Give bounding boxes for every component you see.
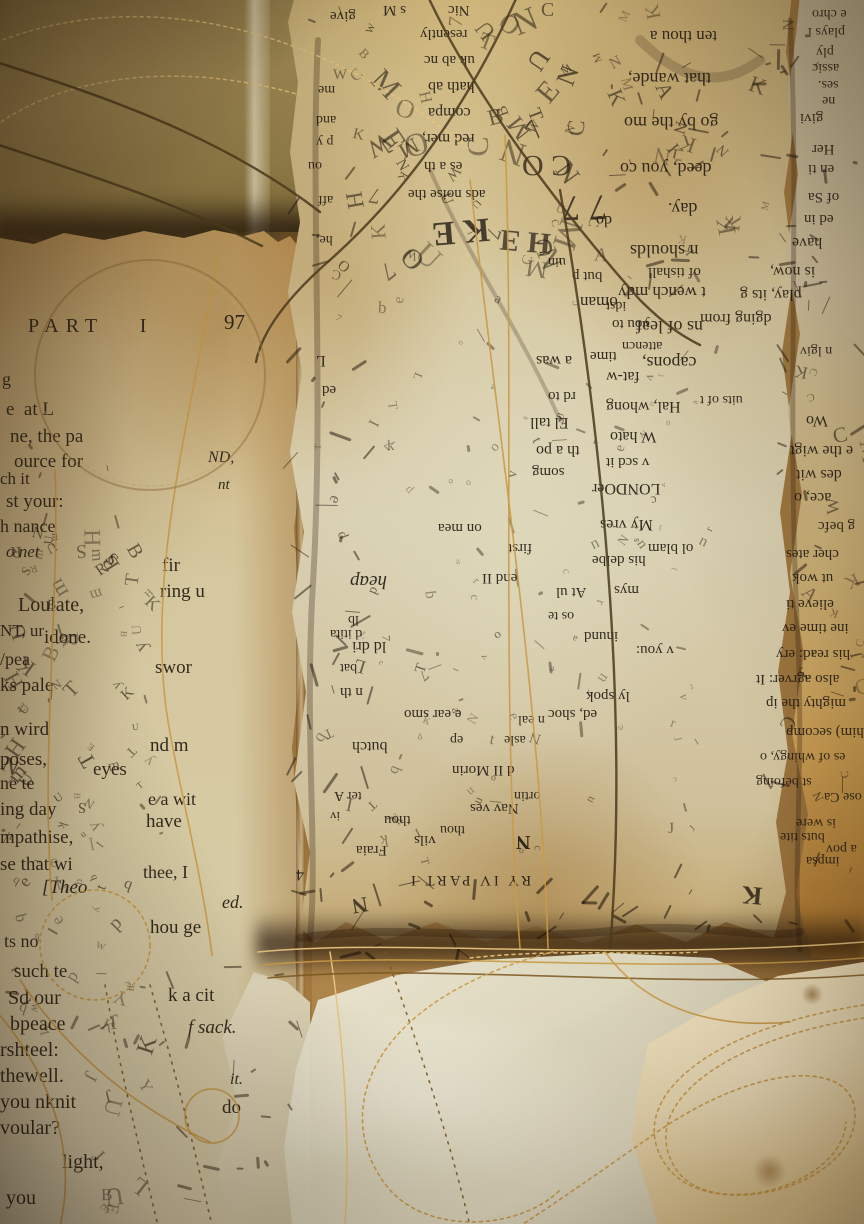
char-mark: [597, 891, 610, 910]
char-mark: [408, 923, 421, 930]
char-mark: [747, 48, 762, 59]
scattered-letter: B: [72, 792, 82, 799]
scattered-letter: T: [314, 444, 324, 451]
scattered-letter: o: [518, 846, 525, 857]
scattered-letter: d: [404, 483, 417, 496]
text-fragment: butch: [352, 738, 388, 754]
text-fragment: p y: [316, 134, 334, 148]
text-fragment: ten thou a: [650, 28, 717, 45]
text-fragment: iv: [330, 810, 340, 823]
text-fragment: rd to: [548, 388, 576, 403]
scattered-letter: e: [391, 297, 407, 304]
scattered-letter: e: [50, 853, 59, 871]
scattered-letter: M: [592, 51, 605, 63]
char-mark: [264, 1160, 270, 1168]
scattered-letter: v: [505, 470, 520, 479]
scattered-letter: 7: [367, 183, 382, 207]
char-mark: [340, 951, 362, 959]
text-fragment: and: [316, 112, 336, 126]
text-fragment: 4: [296, 866, 304, 882]
char-mark: [367, 686, 374, 704]
scattered-letter: M: [525, 254, 550, 281]
text-fragment: time: [590, 348, 617, 363]
scattered-letter: b: [89, 872, 101, 881]
text-fragment: ing day: [0, 800, 56, 819]
text-fragment: ol blam: [648, 540, 693, 555]
scattered-letter: W: [857, 439, 864, 463]
scattered-letter: W: [824, 496, 843, 514]
char-mark: [696, 89, 701, 102]
text-fragment: Wo: [806, 412, 828, 428]
scattered-letter: B: [123, 540, 147, 562]
scattered-letter: u: [696, 534, 710, 551]
char-mark: [628, 276, 632, 280]
scattered-letter: L: [410, 370, 423, 381]
char-mark: [682, 62, 691, 68]
text-fragment: v scd it: [606, 454, 649, 469]
scattered-letter: n: [594, 670, 612, 686]
scattered-letter: U: [103, 1182, 125, 1210]
scattered-letter: a: [571, 633, 579, 644]
text-fragment: ses.: [818, 77, 839, 91]
scattered-letter: m: [88, 585, 104, 604]
char-mark: [602, 149, 608, 156]
char-mark: [283, 451, 299, 468]
char-mark: [291, 771, 303, 783]
char-mark: [223, 966, 241, 968]
text-fragment: ed: [322, 382, 336, 397]
char-mark: [140, 986, 147, 989]
char-mark: [373, 943, 382, 948]
char-mark: [777, 442, 787, 447]
scattered-letter: v: [477, 653, 488, 661]
scattered-letter: b: [377, 300, 386, 317]
scattered-letter: T: [136, 782, 146, 793]
char-mark: [649, 181, 660, 196]
scattered-letter: o: [487, 439, 503, 453]
text-fragment: asle: [504, 732, 526, 746]
text-fragment: rshteel:: [0, 1040, 59, 1060]
char-mark: [331, 685, 335, 694]
text-fragment: ply: [816, 44, 834, 58]
scattered-letter: n: [665, 418, 670, 427]
text-fragment: is now,: [770, 263, 815, 279]
char-mark: [611, 903, 625, 915]
char-mark: [466, 445, 470, 453]
char-mark: [476, 329, 485, 343]
text-fragment: have: [792, 234, 822, 250]
scattered-letter: C: [463, 135, 494, 156]
char-mark: [453, 668, 459, 672]
scattered-letter: C: [541, 1, 554, 21]
text-fragment: ND,: [208, 450, 234, 466]
char-mark: [575, 429, 585, 434]
scattered-letter: N: [552, 61, 584, 89]
char-mark: [120, 606, 125, 609]
scattered-letter: T: [60, 677, 84, 701]
scattered-letter: N: [781, 19, 798, 31]
text-fragment: attencn: [622, 338, 662, 352]
scattered-letter: B: [117, 631, 127, 638]
char-mark: [184, 1036, 191, 1049]
char-mark: [38, 472, 42, 479]
scattered-letter: H: [343, 190, 370, 211]
char-mark: [472, 879, 477, 900]
char-mark: [449, 933, 456, 945]
char-mark: [342, 828, 354, 845]
char-mark: [486, 341, 495, 350]
scattered-letter: c: [560, 567, 573, 576]
char-mark: [689, 889, 693, 895]
scattered-letter: T: [383, 814, 398, 824]
text-fragment-layer: PART I97ge at Lne, the paource forch its…: [0, 0, 864, 1224]
char-mark: [676, 159, 682, 161]
text-fragment: uk ab nc: [424, 52, 475, 67]
text-fragment: K: [741, 881, 763, 909]
char-mark: [428, 664, 442, 670]
text-fragment: thee, I: [143, 863, 188, 881]
text-fragment: his delbe: [592, 552, 646, 567]
text-fragment: givi: [800, 110, 823, 125]
text-fragment: somg: [532, 464, 565, 479]
text-fragment: g befc: [818, 518, 855, 533]
scattered-letter: H: [415, 89, 434, 105]
scattered-letter: c: [532, 846, 544, 851]
scattered-letter: n: [588, 535, 602, 553]
scattered-letter: K: [395, 169, 410, 183]
char-mark: [776, 345, 789, 363]
text-fragment: nd m: [150, 736, 189, 755]
text-fragment: L: [316, 352, 326, 368]
scattered-letter: w: [29, 1002, 43, 1013]
text-fragment: voular?: [0, 1118, 60, 1138]
scattered-letter: y: [91, 906, 103, 913]
scattered-letter: t: [688, 681, 693, 691]
char-mark: [853, 344, 864, 358]
char-mark: [536, 877, 554, 895]
text-fragment: ch it: [0, 470, 30, 487]
text-fragment: es of whingy, o: [760, 749, 845, 763]
scattered-letter: J: [109, 1010, 120, 1032]
char-mark: [203, 1165, 221, 1171]
char-mark: [849, 867, 852, 874]
char-mark: [250, 1068, 256, 1073]
scattered-letter: B: [47, 599, 57, 613]
char-mark: [673, 863, 682, 879]
scattered-letter: v: [660, 480, 667, 489]
text-fragment: ine time ev: [782, 620, 849, 635]
text-fragment: thewell.: [0, 1066, 64, 1086]
text-fragment: W hato: [610, 428, 656, 444]
scattered-letter: t: [488, 732, 496, 748]
scattered-letter: o: [447, 478, 457, 486]
text-fragment: v you:: [636, 642, 674, 657]
text-fragment: e a wit: [148, 790, 196, 808]
scattered-letter: w: [35, 1022, 55, 1037]
text-fragment: se that wi: [0, 855, 73, 874]
char-mark: [611, 84, 613, 89]
text-fragment: en ti: [808, 161, 834, 176]
char-mark: [676, 646, 686, 651]
char-mark: [770, 44, 786, 45]
char-mark: [507, 517, 514, 534]
text-fragment: you: [6, 1188, 36, 1208]
text-fragment: h nance: [0, 517, 55, 535]
char-mark: [559, 913, 564, 921]
scattered-letter: R: [11, 543, 22, 559]
char-mark: [850, 424, 864, 436]
scattered-letter: M: [617, 9, 633, 24]
text-fragment: My vres: [600, 516, 653, 532]
text-fragment: have: [146, 812, 182, 831]
scattered-letter: r: [594, 598, 608, 607]
char-mark: [70, 1015, 79, 1030]
scattered-letter: M: [618, 77, 635, 93]
scattered-letter: b: [74, 879, 85, 885]
char-mark: [840, 666, 855, 671]
char-mark: [578, 500, 585, 504]
char-mark: [752, 82, 766, 85]
text-fragment: th a po: [536, 442, 580, 458]
char-mark: [593, 440, 596, 444]
char-mark: [622, 906, 639, 918]
scattered-letter: J: [688, 824, 698, 833]
char-mark: [158, 832, 163, 835]
scattered-letter: N: [607, 53, 625, 72]
char-mark: [405, 648, 423, 655]
scattered-letter: b: [386, 763, 404, 776]
text-fragment: capons,: [642, 354, 696, 372]
text-fragment: ou: [308, 158, 322, 172]
char-mark: [106, 465, 109, 471]
text-fragment: uits of t: [700, 392, 743, 406]
scattered-letter: v: [678, 694, 690, 700]
char-mark: [579, 721, 583, 738]
scattered-letter: 7: [333, 313, 343, 324]
scattered-letter: T: [365, 798, 379, 813]
char-mark: [853, 686, 856, 692]
scattered-letter: A: [594, 245, 610, 266]
text-fragment: buts tite: [780, 829, 825, 843]
char-mark: [844, 919, 856, 934]
text-fragment: os te: [548, 608, 574, 622]
text-fragment: end II: [482, 570, 517, 585]
text-fragment: ed in: [804, 211, 834, 226]
text-fragment: ring u: [160, 582, 205, 601]
char-mark: [748, 256, 759, 258]
scattered-letter: d: [106, 914, 127, 935]
scattered-letter: K: [746, 73, 770, 100]
char-mark: [614, 183, 627, 193]
char-mark: [261, 1116, 271, 1118]
text-fragment: des wit: [796, 466, 842, 482]
char-mark: [776, 469, 783, 475]
char-mark: [329, 872, 335, 878]
char-mark: [294, 585, 312, 600]
text-fragment: PART I: [28, 316, 153, 336]
text-fragment: At ul: [556, 584, 586, 599]
scattered-letter: s: [521, 415, 530, 422]
text-fragment: oman: [580, 294, 618, 311]
scattered-letter: L: [127, 1171, 153, 1199]
char-mark: [761, 154, 782, 159]
scattered-letter: S: [78, 798, 87, 814]
scattered-letter: S: [76, 541, 88, 561]
scattered-letter: J: [658, 523, 662, 531]
char-mark: [713, 345, 718, 354]
text-fragment: cher ates: [786, 546, 839, 561]
char-mark: [176, 1125, 188, 1138]
text-fragment: plays i: [808, 24, 845, 38]
char-mark: [321, 401, 325, 408]
scattered-letter: o: [491, 628, 504, 642]
scattered-letter: J: [671, 735, 683, 743]
scattered-letter: U: [45, 540, 60, 556]
char-mark: [353, 550, 360, 560]
scattered-letter: a: [490, 382, 496, 392]
text-fragment: d II Morin: [452, 762, 515, 777]
scattered-letter: b: [122, 876, 135, 894]
char-mark: [341, 861, 355, 873]
scattered-letter: k: [379, 831, 390, 849]
text-fragment: ne, the pa: [10, 427, 83, 446]
scattered-letter: c: [468, 594, 481, 600]
scattered-letter: a: [492, 291, 504, 306]
char-mark: [310, 376, 316, 383]
text-fragment: hou ge: [150, 918, 201, 937]
scattered-letter: e: [613, 722, 625, 735]
text-fragment: hath ab: [428, 78, 475, 94]
text-fragment: but p: [572, 268, 602, 283]
scattered-letter: e: [378, 657, 386, 667]
char-mark: [765, 62, 771, 66]
char-mark: [286, 757, 297, 776]
text-fragment: of Sa: [808, 189, 839, 204]
scattered-letter: o: [490, 772, 496, 782]
scattered-letter: C: [347, 65, 366, 84]
char-mark: [695, 739, 700, 746]
text-fragment: resently: [420, 26, 467, 41]
scattered-letter: K: [367, 224, 389, 241]
scattered-letter: c: [671, 774, 678, 783]
scattered-letter: C: [831, 423, 850, 447]
scattered-letter: W: [365, 22, 378, 35]
text-fragment: ed.: [222, 893, 244, 911]
char-mark: [682, 803, 686, 812]
scattered-letter: T: [123, 743, 139, 759]
scattered-letter: C: [805, 390, 816, 403]
char-mark: [663, 905, 671, 920]
text-fragment: dging from: [700, 310, 772, 326]
scattered-letter: r: [669, 716, 677, 730]
text-fragment: do: [222, 1098, 241, 1117]
char-mark: [458, 698, 464, 701]
text-fragment: me: [318, 82, 335, 96]
char-mark: [786, 225, 796, 227]
char-mark: [352, 359, 368, 370]
scattered-letter: q: [420, 590, 437, 600]
scattered-letter: J: [79, 1068, 101, 1085]
scattered-letter: N: [464, 711, 480, 726]
char-mark: [344, 166, 355, 180]
char-mark: [790, 56, 799, 68]
text-fragment: nt: [218, 478, 230, 493]
char-mark: [285, 346, 301, 363]
text-fragment: ep: [450, 732, 463, 746]
scattered-letter: B: [356, 46, 372, 61]
scattered-letter: N: [714, 142, 732, 160]
char-mark: [48, 929, 58, 936]
scattered-letter: J: [670, 567, 679, 572]
scattered-letter: N: [558, 416, 566, 426]
char-mark: [399, 754, 403, 760]
text-fragment: mys: [614, 582, 639, 597]
text-fragment: n eal: [518, 712, 545, 726]
collage-artwork-photo: PART I97ge at Lne, the paource forch its…: [0, 0, 864, 1224]
char-mark: [233, 1094, 248, 1098]
scattered-letter: U: [130, 625, 144, 636]
char-mark: [2, 828, 6, 831]
scattered-letter: K: [642, 3, 665, 21]
text-fragment: s M: [383, 2, 406, 17]
scattered-letter: c: [569, 301, 581, 306]
scattered-letter: Y: [111, 985, 131, 1008]
scattered-letter: t: [94, 883, 110, 892]
text-fragment: day.: [668, 200, 697, 218]
char-mark: [310, 663, 319, 687]
scattered-letter: T: [122, 573, 143, 588]
text-fragment: thou: [440, 822, 465, 836]
char-mark: [637, 92, 643, 105]
char-mark: [362, 445, 374, 459]
char-mark: [320, 888, 324, 902]
char-mark: [287, 1103, 293, 1111]
char-mark: [640, 624, 649, 631]
char-mark: [721, 131, 729, 138]
scattered-letter: d: [65, 969, 84, 986]
char-mark: [781, 391, 787, 395]
scattered-letter: y: [141, 752, 157, 769]
text-fragment: you to: [612, 316, 650, 331]
text-fragment: swor: [155, 658, 192, 677]
text-fragment: such te: [14, 962, 67, 981]
char-mark: [585, 383, 592, 390]
char-mark: [114, 515, 119, 529]
char-mark: [139, 802, 146, 809]
text-fragment: Her: [812, 141, 835, 156]
char-mark: [577, 673, 582, 690]
scattered-letter: b: [35, 931, 41, 941]
char-mark: [476, 547, 484, 556]
text-fragment: give: [330, 8, 356, 23]
char-mark: [423, 900, 433, 908]
char-mark: [779, 232, 786, 242]
text-fragment: ed, shoc: [548, 706, 597, 721]
text-fragment: mighty the ip: [766, 695, 846, 710]
char-mark: [473, 417, 480, 422]
scattered-letter: U: [98, 1095, 125, 1117]
scattered-letter: r: [704, 525, 715, 533]
scattered-letter: w: [94, 936, 108, 952]
text-fragment: fat-w: [606, 368, 640, 384]
char-mark: [339, 536, 343, 543]
char-mark: [316, 504, 338, 506]
char-mark: [329, 431, 351, 442]
char-mark: [599, 2, 608, 13]
scattered-letter: L: [351, 655, 368, 677]
scattered-letter: e: [15, 873, 34, 890]
scattered-letter: o: [466, 478, 472, 488]
